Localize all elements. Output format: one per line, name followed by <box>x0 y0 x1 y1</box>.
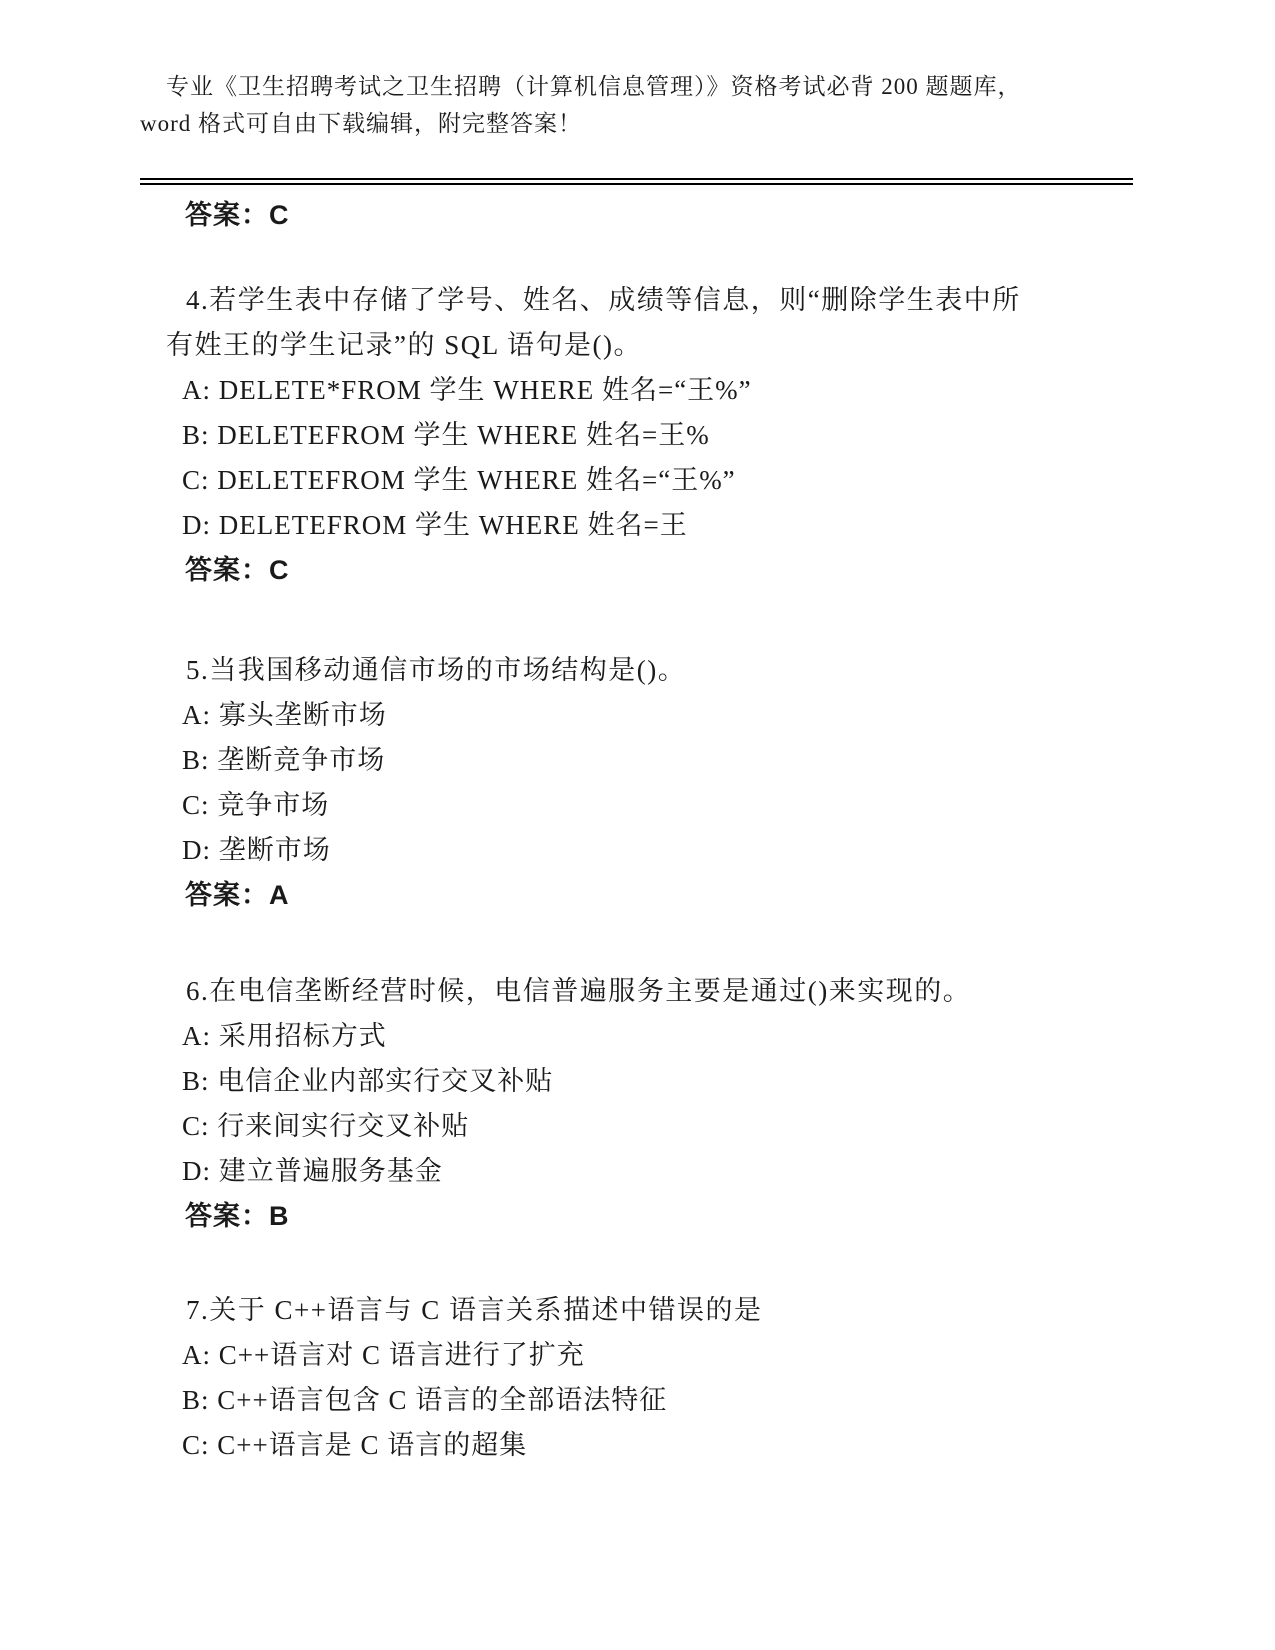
question-4-answer: 答案：C <box>140 548 1135 593</box>
question-4-option-c: C: DELETEFROM 学生 WHERE 姓名=“王%” <box>140 458 1135 503</box>
header-divider-rule <box>140 178 1133 185</box>
question-5-option-a: A: 寡头垄断市场 <box>140 693 1135 738</box>
question-5-text-line-1: 5.当我国移动通信市场的市场结构是()。 <box>140 648 1135 693</box>
question-6-text-line-1: 6.在电信垄断经营时候，电信普遍服务主要是通过()来实现的。 <box>140 969 1135 1014</box>
question-6: 6.在电信垄断经营时候，电信普遍服务主要是通过()来实现的。 A: 采用招标方式… <box>140 969 1135 1239</box>
question-7-option-a: A: C++语言对 C 语言进行了扩充 <box>140 1333 1135 1378</box>
question-6-option-b: B: 电信企业内部实行交叉补贴 <box>140 1059 1135 1104</box>
question-7-option-c: C: C++语言是 C 语言的超集 <box>140 1423 1135 1468</box>
question-7-text-line-1: 7.关于 C++语言与 C 语言关系描述中错误的是 <box>140 1288 1135 1333</box>
question-5-option-d: D: 垄断市场 <box>140 828 1135 873</box>
document-content: 专业《卫生招聘考试之卫生招聘（计算机信息管理）》资格考试必背 200 题题库， … <box>140 0 1135 1468</box>
document-page: 专业《卫生招聘考试之卫生招聘（计算机信息管理）》资格考试必背 200 题题库， … <box>0 0 1275 1650</box>
question-5-answer: 答案：A <box>140 873 1135 918</box>
question-6-answer: 答案：B <box>140 1194 1135 1239</box>
question-6-option-c: C: 行来间实行交叉补贴 <box>140 1104 1135 1149</box>
question-6-option-a: A: 采用招标方式 <box>140 1014 1135 1059</box>
answer-previous-question: 答案：C <box>140 193 1135 238</box>
question-5: 5.当我国移动通信市场的市场结构是()。 A: 寡头垄断市场 B: 垄断竞争市场… <box>140 648 1135 918</box>
question-4-text-line-1: 4.若学生表中存储了学号、姓名、成绩等信息，则“删除学生表中所 <box>140 278 1135 323</box>
question-4-option-b: B: DELETEFROM 学生 WHERE 姓名=王% <box>140 413 1135 458</box>
header-line-1: 专业《卫生招聘考试之卫生招聘（计算机信息管理）》资格考试必背 200 题题库， <box>140 68 1135 105</box>
question-5-option-b: B: 垄断竞争市场 <box>140 738 1135 783</box>
header-line-2: word 格式可自由下载编辑，附完整答案！ <box>140 105 1135 142</box>
question-5-option-c: C: 竞争市场 <box>140 783 1135 828</box>
question-4-option-a: A: DELETE*FROM 学生 WHERE 姓名=“王%” <box>140 368 1135 413</box>
question-7: 7.关于 C++语言与 C 语言关系描述中错误的是 A: C++语言对 C 语言… <box>140 1288 1135 1468</box>
document-header: 专业《卫生招聘考试之卫生招聘（计算机信息管理）》资格考试必背 200 题题库， … <box>140 0 1135 142</box>
question-4-option-d: D: DELETEFROM 学生 WHERE 姓名=王 <box>140 503 1135 548</box>
question-4-text-line-2: 有姓王的学生记录”的 SQL 语句是()。 <box>140 323 1135 368</box>
question-4: 4.若学生表中存储了学号、姓名、成绩等信息，则“删除学生表中所 有姓王的学生记录… <box>140 278 1135 593</box>
question-6-option-d: D: 建立普遍服务基金 <box>140 1149 1135 1194</box>
question-7-option-b: B: C++语言包含 C 语言的全部语法特征 <box>140 1378 1135 1423</box>
